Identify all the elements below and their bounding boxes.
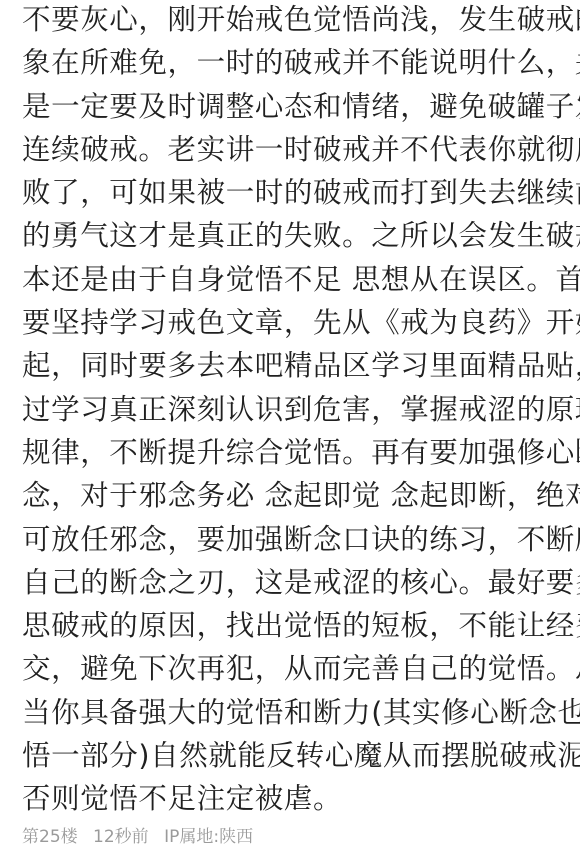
post-line: 象在所难免，一时的破戒并不能说明什么，关键 [22,43,567,86]
post-line: 连续破戒。老实讲一时破戒并不代表你就彻底失 [22,130,567,173]
ip-location: IP属地:陕西 [164,827,253,847]
post-line: 悟一部分)自然就能反转心魔从而摆脱破戒泥潭， [22,736,567,779]
post-line: 不要灰心，刚开始戒色觉悟尚浅，发生破戒的现 [22,0,567,43]
post-line: 过学习真正深刻认识到危害，掌握戒涩的原理和 [22,390,567,433]
post-line: 否则觉悟不足注定被虐。 [22,779,567,822]
floor-number: 第25楼 [22,827,78,847]
post-line: 是一定要及时调整心态和情绪，避免破罐子发生 [22,87,567,130]
post-line: 可放任邪念，要加强断念口诀的练习，不断磨炼 [22,520,567,563]
post-line: 规律，不断提升综合觉悟。再有要加强修心断 [22,433,567,476]
post-line: 本还是由于自身觉悟不足 思想从在误区。首先 [22,260,567,303]
reply-post: 不要灰心，刚开始戒色觉悟尚浅，发生破戒的现 象在所难免，一时的破戒并不能说明什么… [22,0,567,823]
post-content: 不要灰心，刚开始戒色觉悟尚浅，发生破戒的现 象在所难免，一时的破戒并不能说明什么… [22,0,567,823]
post-line: 念，对于邪念务必 念起即觉 念起即断，绝对不 [22,476,567,519]
post-line: 当你具备强大的觉悟和断力(其实修心断念也是觉 [22,693,567,736]
post-line: 思破戒的原因，找出觉悟的短板，不能让经费白 [22,606,567,649]
post-meta: 第25楼 12秒前 IP属地:陕西 [22,826,263,848]
post-line: 自己的断念之刃，这是戒涩的核心。最好要多反 [22,563,567,606]
post-line: 要坚持学习戒色文章，先从《戒为良药》开始学 [22,303,567,346]
post-line: 交，避免下次再犯，从而完善自己的觉悟。总之 [22,649,567,692]
post-line: 的勇气这才是真正的失败。之所以会发生破戒根 [22,216,567,259]
post-time: 12秒前 [93,827,149,847]
post-line: 败了，可如果被一时的破戒而打到失去继续前行 [22,173,567,216]
post-line: 起，同时要多去本吧精品区学习里面精品贴，通 [22,346,567,389]
